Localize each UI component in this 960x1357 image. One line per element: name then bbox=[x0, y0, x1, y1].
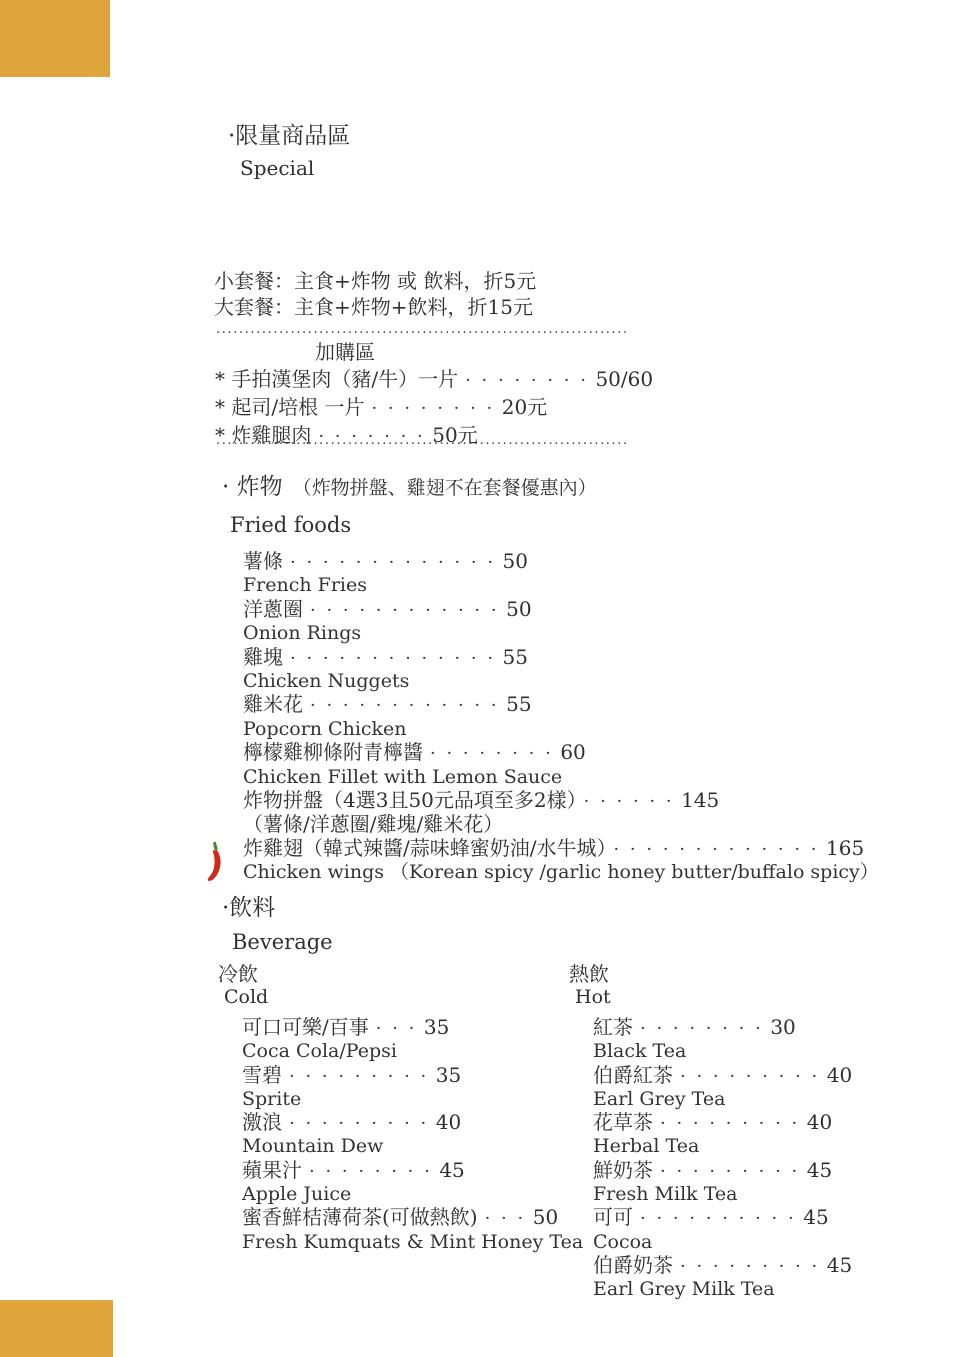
dot-leader: · · · · · · · · bbox=[430, 743, 553, 764]
item-price: 55 bbox=[503, 645, 528, 669]
item-price: 45 bbox=[439, 1158, 464, 1182]
item-name-en: Herbal Tea bbox=[593, 1135, 852, 1158]
fried-title-en: Fried foods bbox=[230, 512, 879, 538]
item-name-zh: 花草茶 bbox=[593, 1110, 653, 1134]
list-item: 雞塊· · · · · · · · · · · · ·55 Chicken Nu… bbox=[243, 646, 879, 694]
item-name-zh: 激浪 bbox=[242, 1110, 282, 1134]
item-price: 145 bbox=[681, 788, 719, 812]
combo-line-large: 大套餐：主食+炸物+飲料，折15元 bbox=[214, 294, 536, 320]
item-price: 50 bbox=[503, 549, 528, 573]
item-price: 45 bbox=[807, 1158, 832, 1182]
hot-title-en: Hot bbox=[575, 986, 852, 1009]
cold-items-list: 可口可樂/百事· · ·35 Coca Cola/Pepsi 雪碧· · · ·… bbox=[242, 1016, 583, 1254]
item-name-en: Chicken wings （Korean spicy /garlic hone… bbox=[243, 861, 879, 884]
item-name-en: Fresh Milk Tea bbox=[593, 1183, 852, 1206]
item-name-zh: 薯條 bbox=[243, 549, 283, 573]
item-name-en: Cocoa bbox=[593, 1231, 852, 1254]
dot-leader: · · · · · · · · · · · · bbox=[310, 695, 499, 716]
item-name-en: Sprite bbox=[242, 1088, 583, 1111]
beverage-title-zh: ·飲料 bbox=[222, 893, 333, 923]
list-item: 激浪· · · · · · · · ·40 Mountain Dew bbox=[242, 1111, 583, 1159]
beverage-hot-column: 熱飲 Hot 紅茶· · · · · · · ·30 Black Tea 伯爵紅… bbox=[565, 963, 852, 1302]
item-name-en: Mountain Dew bbox=[242, 1135, 583, 1158]
dot-leader: · · · · · · · · · bbox=[660, 1161, 800, 1182]
dot-leader: · · · · · · · · bbox=[465, 370, 588, 391]
item-price: 45 bbox=[803, 1205, 828, 1229]
addon-item-price: 50/60 bbox=[595, 367, 653, 391]
fried-note: （炸物拼盤、雞翅不在套餐優惠內） bbox=[293, 477, 597, 499]
item-price: 40 bbox=[436, 1110, 461, 1134]
item-name-en: Chicken Fillet with Lemon Sauce bbox=[243, 766, 879, 789]
addon-item: * 手拍漢堡肉（豬/牛）一片· · · · · · · ·50/60 bbox=[215, 366, 653, 394]
item-name-en: Popcorn Chicken bbox=[243, 718, 879, 741]
item-name-zh: 檸檬雞柳條附青檸醬 bbox=[243, 740, 423, 764]
item-name-en: Black Tea bbox=[593, 1040, 852, 1063]
chili-icon bbox=[205, 841, 227, 885]
list-item: 炸物拼盤（4選3且50元品項至多2樣）· · · · · ·145 （薯條/洋蔥… bbox=[243, 789, 879, 837]
item-price: 60 bbox=[560, 740, 585, 764]
dot-leader: · · · · · · · · · · · · · bbox=[290, 648, 496, 669]
cold-title-zh: 冷飲 bbox=[218, 963, 583, 986]
bottom-accent-block bbox=[0, 1300, 113, 1357]
dot-leader: · · · · · · · · · bbox=[289, 1113, 429, 1134]
hot-title-zh: 熱飲 bbox=[569, 963, 852, 986]
item-name-zh: 雞塊 bbox=[243, 645, 283, 669]
item-price: 50 bbox=[533, 1205, 558, 1229]
special-title-en: Special bbox=[240, 155, 350, 181]
section-fried-foods: · 炸物（炸物拼盤、雞翅不在套餐優惠內） Fried foods 薯條· · ·… bbox=[222, 472, 879, 885]
special-title-zh: ·限量商品區 bbox=[228, 121, 350, 151]
dot-leader: · · · · · · · · · · · · · bbox=[290, 552, 496, 573]
list-item: 雞米花· · · · · · · · · · · ·55 Popcorn Chi… bbox=[243, 693, 879, 741]
item-name-zh: 雪碧 bbox=[242, 1063, 282, 1087]
fried-title-zh: · 炸物 bbox=[222, 474, 283, 500]
item-name-en: Earl Grey Milk Tea bbox=[593, 1278, 852, 1301]
item-price: 40 bbox=[827, 1063, 852, 1087]
top-accent-block bbox=[0, 0, 110, 77]
addon-item-price: 20元 bbox=[502, 395, 547, 419]
addon-item-name: * 起司/培根 一片 bbox=[215, 395, 364, 419]
section-beverage-header: ·飲料 Beverage bbox=[222, 893, 333, 955]
list-item: 可可· · · · · · · · · ·45 Cocoa bbox=[593, 1206, 852, 1254]
item-name-en: Coca Cola/Pepsi bbox=[242, 1040, 583, 1063]
hot-items-list: 紅茶· · · · · · · ·30 Black Tea 伯爵紅茶· · · … bbox=[593, 1016, 852, 1302]
item-name-en: Chicken Nuggets bbox=[243, 670, 879, 693]
item-name-en: French Fries bbox=[243, 574, 879, 597]
item-name-zh: 洋蔥圈 bbox=[243, 597, 303, 621]
beverage-cold-column: 冷飲 Cold 可口可樂/百事· · ·35 Coca Cola/Pepsi 雪… bbox=[214, 963, 583, 1254]
item-name-zh: 蘋果汁 bbox=[242, 1158, 302, 1182]
section-special: ·限量商品區 Special bbox=[228, 121, 350, 181]
list-item: 伯爵紅茶· · · · · · · · ·40 Earl Grey Tea bbox=[593, 1064, 852, 1112]
combo-line-small: 小套餐：主食+炸物 或 飲料，折5元 bbox=[214, 268, 536, 294]
dot-leader: · · · bbox=[485, 1208, 526, 1229]
item-name-zh: 鮮奶茶 bbox=[593, 1158, 653, 1182]
list-item-spicy: 炸雞翅（韓式辣醬/蒜味蜂蜜奶油/水牛城）· · · · · · · · · · … bbox=[243, 837, 879, 885]
cold-title-en: Cold bbox=[224, 986, 583, 1009]
item-name-zh: 炸雞翅（韓式辣醬/蒜味蜂蜜奶油/水牛城） bbox=[243, 836, 606, 860]
item-price: 35 bbox=[424, 1015, 449, 1039]
item-name-zh: 蜜香鮮桔薄荷茶(可做熱飲) bbox=[242, 1205, 478, 1229]
item-name-en: Earl Grey Tea bbox=[593, 1088, 852, 1111]
list-item: 雪碧· · · · · · · · ·35 Sprite bbox=[242, 1064, 583, 1112]
list-item: 洋蔥圈· · · · · · · · · · · ·50 Onion Rings bbox=[243, 598, 879, 646]
dot-leader: · · · · · · · · · · · · · bbox=[613, 839, 819, 860]
list-item: 伯爵奶茶· · · · · · · · ·45 Earl Grey Milk T… bbox=[593, 1254, 852, 1302]
item-name-zh: 雞米花 bbox=[243, 692, 303, 716]
dot-leader: · · · · · · · · · bbox=[680, 1256, 820, 1277]
item-price: 50 bbox=[506, 597, 531, 621]
dot-leader: · · · · · · · · · · · · bbox=[310, 600, 499, 621]
dot-leader: · · · · · · · · · bbox=[660, 1113, 800, 1134]
list-item: 蘋果汁· · · · · · · ·45 Apple Juice bbox=[242, 1159, 583, 1207]
item-price: 45 bbox=[827, 1253, 852, 1277]
item-name-zh: 紅茶 bbox=[593, 1015, 633, 1039]
item-name-zh: 可口可樂/百事 bbox=[242, 1015, 369, 1039]
item-name-zh: 炸物拼盤（4選3且50元品項至多2樣） bbox=[243, 788, 577, 812]
list-item: 薯條· · · · · · · · · · · · ·50 French Fri… bbox=[243, 550, 879, 598]
dot-leader: · · · · · · · · bbox=[640, 1018, 763, 1039]
item-price: 35 bbox=[436, 1063, 461, 1087]
section-combo-info: 小套餐：主食+炸物 或 飲料，折5元 大套餐：主食+炸物+飲料，折15元 bbox=[214, 268, 536, 320]
item-name-zh: 可可 bbox=[593, 1205, 633, 1229]
dot-leader: · · · · · · · · · · bbox=[640, 1208, 796, 1229]
dot-leader: · · · bbox=[376, 1018, 417, 1039]
dotted-separator: ........................................… bbox=[216, 322, 629, 337]
list-item: 蜜香鮮桔薄荷茶(可做熱飲)· · ·50 Fresh Kumquats & Mi… bbox=[242, 1206, 583, 1254]
dot-leader: · · · · · · · · · bbox=[680, 1066, 820, 1087]
dot-leader: · · · · · · · · bbox=[309, 1161, 432, 1182]
list-item: 花草茶· · · · · · · · ·40 Herbal Tea bbox=[593, 1111, 852, 1159]
item-price: 55 bbox=[506, 692, 531, 716]
beverage-title-en: Beverage bbox=[232, 929, 333, 955]
item-price: 40 bbox=[807, 1110, 832, 1134]
fried-header: · 炸物（炸物拼盤、雞翅不在套餐優惠內） bbox=[222, 472, 879, 502]
item-name-zh: 伯爵奶茶 bbox=[593, 1253, 673, 1277]
menu-page: ·限量商品區 Special 小套餐：主食+炸物 或 飲料，折5元 大套餐：主食… bbox=[0, 0, 960, 1357]
addon-title: 加購區 bbox=[315, 338, 653, 366]
list-item: 紅茶· · · · · · · ·30 Black Tea bbox=[593, 1016, 852, 1064]
item-price: 30 bbox=[770, 1015, 795, 1039]
dot-leader: · · · · · · bbox=[584, 791, 674, 812]
item-name-en: Apple Juice bbox=[242, 1183, 583, 1206]
addon-item-name: * 手拍漢堡肉（豬/牛）一片 bbox=[215, 367, 458, 391]
item-subnote-zh: （薯條/洋蔥圈/雞塊/雞米花） bbox=[243, 813, 879, 836]
item-price: 165 bbox=[826, 836, 864, 860]
item-name-en: Fresh Kumquats & Mint Honey Tea bbox=[242, 1231, 583, 1254]
fried-items-list: 薯條· · · · · · · · · · · · ·50 French Fri… bbox=[243, 550, 879, 885]
dot-leader: · · · · · · · · · bbox=[289, 1066, 429, 1087]
list-item: 鮮奶茶· · · · · · · · ·45 Fresh Milk Tea bbox=[593, 1159, 852, 1207]
addon-item: * 起司/培根 一片· · · · · · · ·20元 bbox=[215, 394, 653, 422]
dot-leader: · · · · · · · · bbox=[371, 398, 494, 419]
dotted-separator: ........................................… bbox=[216, 433, 629, 448]
list-item: 可口可樂/百事· · ·35 Coca Cola/Pepsi bbox=[242, 1016, 583, 1064]
item-name-zh: 伯爵紅茶 bbox=[593, 1063, 673, 1087]
list-item: 檸檬雞柳條附青檸醬· · · · · · · ·60 Chicken Fille… bbox=[243, 741, 879, 789]
item-name-en: Onion Rings bbox=[243, 622, 879, 645]
